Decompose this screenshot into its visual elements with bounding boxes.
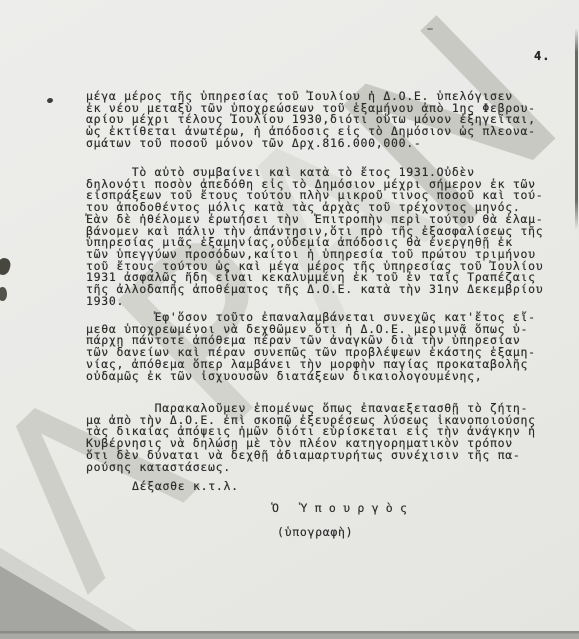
ink-speck: [427, 28, 433, 30]
scanned-page: ΛΡΑΝ 4. μέγα μέρος τῆς ὑπηρεσίας τοῦ Ἰου…: [0, 0, 579, 639]
signature-note: (ὑπογραφὴ): [277, 527, 353, 539]
paragraph-3: Ἐφ'ὅσον τοῦτο ἐπαναλαμβάνεται συνεχῶς κα…: [86, 312, 536, 382]
scan-right-edge-line: [575, 28, 578, 230]
ink-speck: [0, 256, 12, 276]
ink-speck: [46, 97, 53, 103]
scan-bottom-edge: [0, 631, 579, 639]
paragraph-2: Τὸ αὐτὸ συμβαίνει καὶ κατὰ τὸ ἔτος 1931.…: [86, 167, 543, 307]
closing-salutation: Δέξασθε κ.τ.λ.: [132, 481, 239, 493]
page-number: 4.: [534, 49, 550, 63]
signature-title: Ὁ Ὑπουργὸς: [272, 503, 414, 515]
paragraph-4: Παρακαλοῦμεν ἑπομένως ὅπως ἐπαναεξετασθῇ…: [86, 403, 536, 473]
paragraph-1: μέγα μέρος τῆς ὑπηρεσίας τοῦ Ἰουλίου ἡ Δ…: [86, 91, 536, 150]
ink-speck: [0, 287, 7, 301]
